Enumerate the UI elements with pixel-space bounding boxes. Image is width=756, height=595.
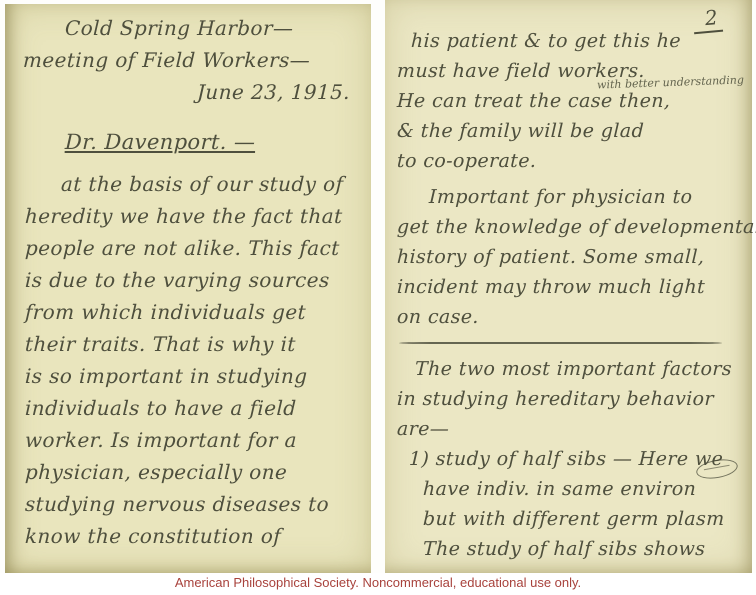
manuscript-line: He can treat the case then, <box>396 86 752 116</box>
manuscript-line: from which individuals get <box>20 296 371 328</box>
manuscript-line: are— <box>396 414 752 444</box>
manuscript-line: & the family will be glad <box>396 116 752 146</box>
manuscript-line: Cold Spring Harbor— <box>20 12 371 44</box>
left-page-lines: Cold Spring Harbor—meeting of Field Work… <box>21 12 371 552</box>
manuscript-line: meeting of Field Workers— <box>20 44 371 76</box>
manuscript-line: studying nervous diseases to <box>20 488 371 520</box>
manuscript-line: their traits. That is why it <box>20 328 371 360</box>
manuscript-line: his patient & to get this he <box>396 26 752 56</box>
manuscript-line: get the knowledge of developmental <box>396 212 752 242</box>
manuscript-line: is so important in studying <box>20 360 371 392</box>
manuscript-line: people are not alike. This fact <box>20 232 371 264</box>
manuscript-line: June 23, 1915. <box>20 76 371 108</box>
manuscript-line: physician, especially one <box>20 456 371 488</box>
manuscript-line: incident may throw much light <box>396 272 752 302</box>
manuscript-line: heredity we have the fact that <box>20 200 371 232</box>
manuscript-line: must have field workers. <box>396 56 752 86</box>
usage-caption: American Philosophical Society. Noncomme… <box>0 573 756 595</box>
manuscript-line: is due to the varying sources <box>20 264 371 296</box>
scanned-document: Cold Spring Harbor—meeting of Field Work… <box>0 0 756 595</box>
screenshot-root: { "colors": { "backdrop": "#ffffff", "pa… <box>0 0 756 595</box>
manuscript-line: to co-operate. <box>396 146 752 176</box>
manuscript-line: 1) study of half sibs — Here we <box>396 444 752 474</box>
manuscript-line: history of patient. Some small, <box>396 242 752 272</box>
manuscript-line: individuals to have a field <box>20 392 371 424</box>
manuscript-line: on case. <box>396 302 752 332</box>
manuscript-line: at the basis of our study of <box>20 168 371 200</box>
right-page: 2 with better understanding his patient … <box>385 0 752 573</box>
manuscript-line: Important for physician to <box>396 182 752 212</box>
manuscript-line: have indiv. in same environ <box>396 474 752 504</box>
manuscript-line: in studying hereditary behavior <box>396 384 752 414</box>
manuscript-line: The two most important factors <box>396 354 752 384</box>
right-page-lines: his patient & to get this hemust have fi… <box>397 26 752 564</box>
manuscript-line <box>397 332 753 354</box>
manuscript-line: The study of half sibs shows <box>396 534 752 564</box>
manuscript-line: Dr. Davenport. — <box>20 126 371 158</box>
manuscript-line: know the constitution of <box>20 520 371 552</box>
manuscript-line: but with different germ plasm <box>396 504 752 534</box>
left-page: Cold Spring Harbor—meeting of Field Work… <box>5 4 371 573</box>
manuscript-line: worker. Is important for a <box>20 424 371 456</box>
